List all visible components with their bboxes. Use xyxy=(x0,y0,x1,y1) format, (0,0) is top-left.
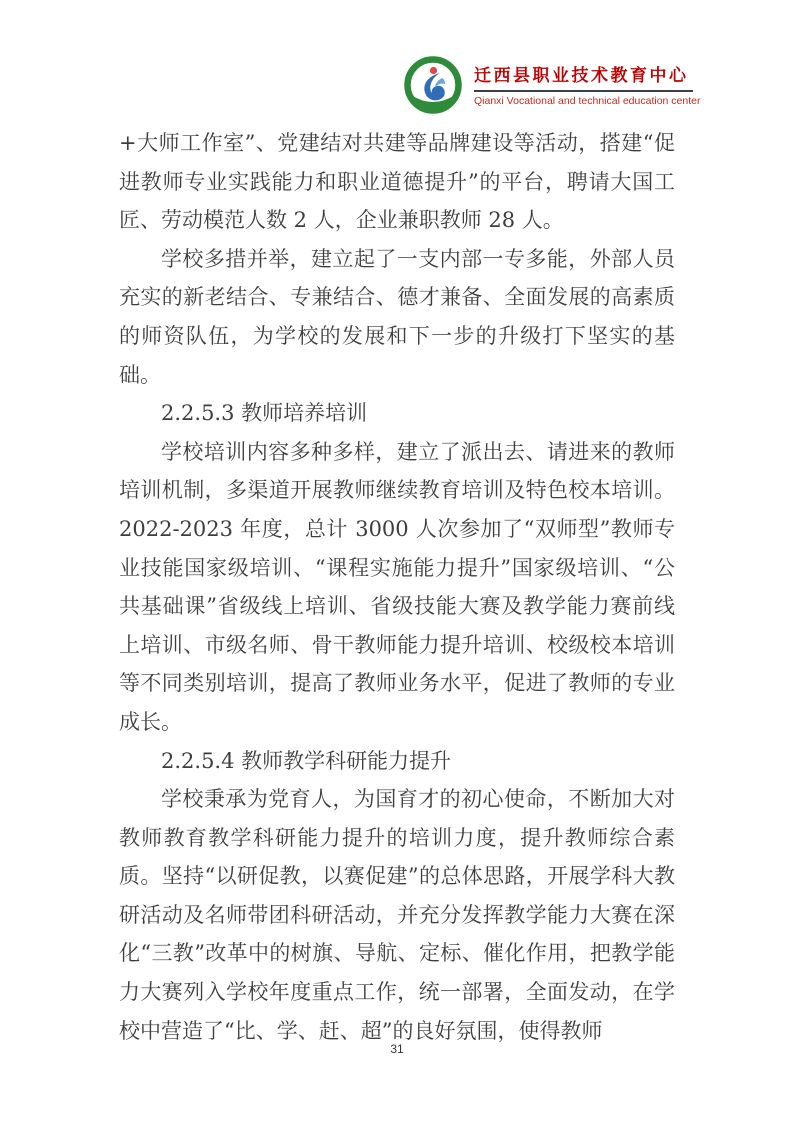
org-name-english: Qianxi Vocational and technical educatio… xyxy=(474,95,700,107)
school-emblem-icon xyxy=(404,56,462,114)
body-paragraph: +大师工作室”、党建结对共建等品牌建设等活动，搭建“促进教师专业实践能力和职业道… xyxy=(119,124,675,240)
body-paragraph: 学校多措并举，建立起了一支内部一专多能，外部人员充实的新老结合、专兼结合、德才兼… xyxy=(119,240,675,394)
section-heading: 2.2.5.3 教师培养培训 xyxy=(119,394,675,433)
page-number: 31 xyxy=(390,1042,403,1056)
document-body: +大师工作室”、党建结对共建等品牌建设等活动，搭建“促进教师专业实践能力和职业道… xyxy=(119,124,675,1050)
section-heading: 2.2.5.4 教师教学科研能力提升 xyxy=(119,742,675,781)
page-header: 迁西县职业技术教育中心 Qianxi Vocational and techni… xyxy=(404,56,700,114)
document-page: 迁西县职业技术教育中心 Qianxi Vocational and techni… xyxy=(0,0,794,1123)
body-paragraph: 学校秉承为党育人，为国育才的初心使命，不断加大对教师教育教学科研能力提升的培训力… xyxy=(119,780,675,1050)
body-paragraph: 学校培训内容多种多样，建立了派出去、请进来的教师培训机制，多渠道开展教师继续教育… xyxy=(119,433,675,742)
org-name-chinese: 迁西县职业技术教育中心 xyxy=(474,61,700,86)
page-footer: 31 xyxy=(0,1038,794,1057)
header-divider xyxy=(474,90,693,92)
header-org-block: 迁西县职业技术教育中心 Qianxi Vocational and techni… xyxy=(474,56,700,107)
